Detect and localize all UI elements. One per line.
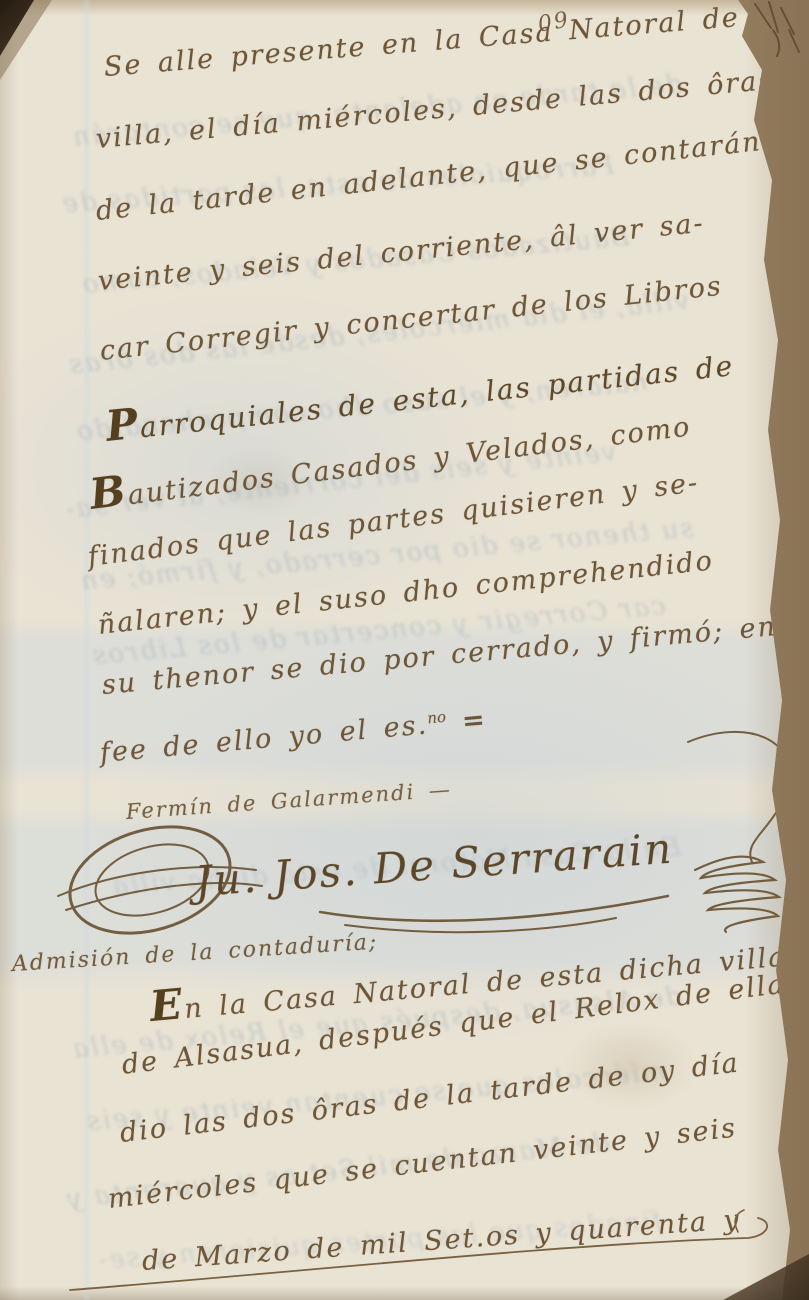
frayed-edge — [709, 0, 809, 110]
principal-signature: Ju. Jos. De Serrarain — [185, 824, 675, 907]
manuscript-page: de la tarde en adelante, que se contarán… — [0, 0, 809, 1300]
rule-flourish — [0, 1200, 809, 1300]
paper-sheet: de la tarde en adelante, que se contarán… — [0, 0, 809, 1300]
